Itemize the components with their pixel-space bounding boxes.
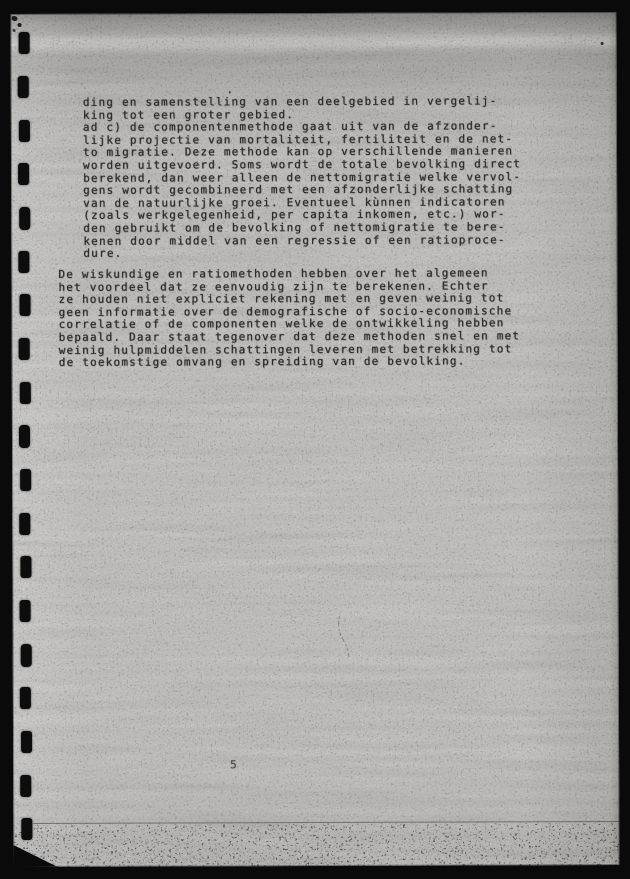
scan-speck (229, 91, 231, 93)
binding-hole (20, 382, 31, 404)
binding-hole (21, 644, 32, 667)
binding-hole (19, 338, 30, 360)
binding-hole (19, 207, 30, 230)
binding-hole (20, 600, 31, 622)
document-page: ding en samenstelling van een deelgebied… (11, 12, 620, 867)
binding-hole (18, 163, 29, 185)
binding-hole (19, 120, 30, 142)
bottom-left-corner-shadow (13, 845, 57, 867)
binding-hole (20, 556, 31, 578)
binding-hole (19, 425, 30, 448)
binding-hole (19, 294, 30, 316)
scan-speck (13, 29, 16, 32)
binding-hole (19, 513, 30, 535)
binding-hole (20, 687, 31, 709)
binding-hole (18, 251, 29, 273)
binding-hole (20, 469, 31, 491)
scratch-mark (333, 611, 363, 671)
scan-speck (601, 42, 604, 45)
body-text-paragraph-1: ding en samenstelling van een deelgebied… (83, 95, 522, 260)
binding-holes (11, 12, 617, 14)
binding-hole (21, 818, 32, 840)
binding-hole (18, 76, 29, 98)
underlying-page-edge-line (33, 821, 619, 824)
binding-hole (20, 775, 31, 797)
binding-hole (21, 731, 32, 753)
scanned-document-view: ding en samenstelling van een deelgebied… (0, 0, 630, 879)
binding-hole (19, 32, 30, 54)
page-number: 5 (230, 758, 238, 771)
scan-speck (11, 15, 18, 22)
scan-speck (18, 23, 22, 27)
body-text-paragraph-2: De wiskundige en ratiomethoden hebben ov… (58, 267, 520, 369)
